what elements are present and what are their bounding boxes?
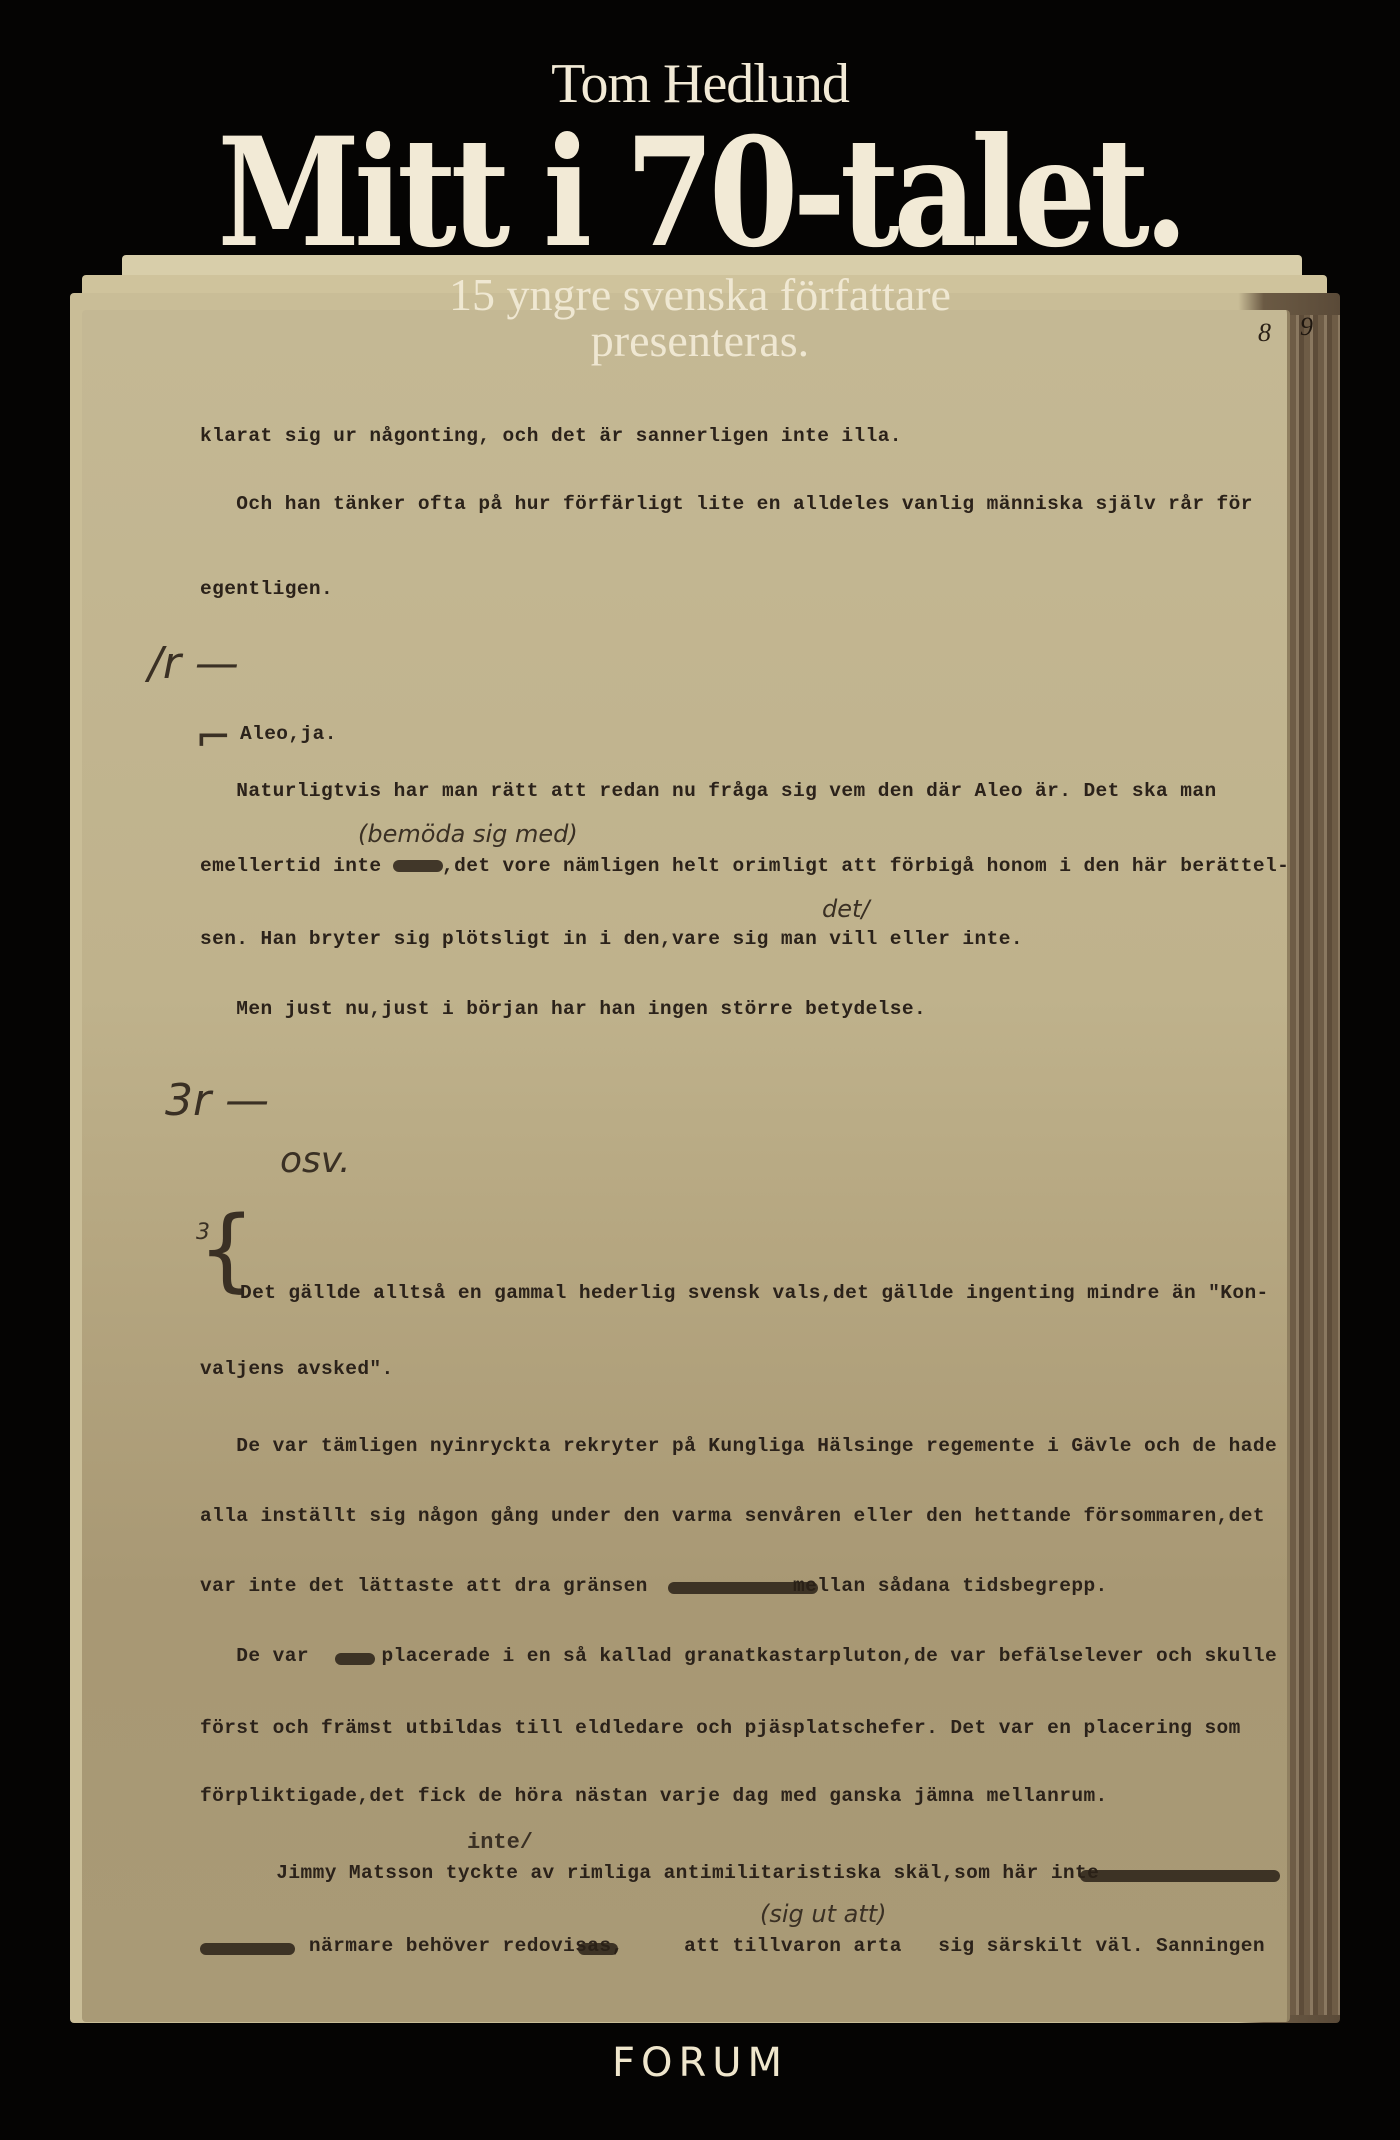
publisher-logo: FORUM [0, 2040, 1400, 2086]
book-title: Mitt i 70-talet. [98, 118, 1302, 268]
typed-line: alla inställt sig någon gång under den v… [200, 1505, 1265, 1527]
typed-line: Jimmy Matsson tyckte av rimliga antimili… [240, 1862, 1099, 1884]
strikeout-blot [668, 1582, 818, 1594]
typed-line: Men just nu,just i början har han ingen … [200, 998, 926, 1020]
typed-line: Det gällde alltså en gammal hederlig sve… [240, 1282, 1269, 1304]
strikeout-blot [200, 1943, 295, 1955]
subtitle-line-1: 15 yngre svenska författare [0, 272, 1400, 318]
typed-line: förpliktigade,det fick de höra nästan va… [200, 1785, 1108, 1807]
typed-line: sen. Han bryter sig plötsligt in i den,v… [200, 928, 1023, 950]
handwritten-mark: /r — [148, 638, 239, 689]
handwritten-note: osv. [280, 1140, 351, 1181]
typed-line: Naturligtvis har man rätt att redan nu f… [200, 780, 1217, 802]
subtitle-line-2: presenteras. [0, 318, 1400, 364]
top-sheet [82, 310, 1290, 2022]
strikeout-blot [1080, 1870, 1280, 1882]
typed-line: Och han tänker ofta på hur förfärligt li… [200, 493, 1253, 515]
handwritten-insert: (sig ut att) [760, 1900, 887, 1928]
typed-line: emellertid inte ,det vore nämligen helt … [200, 855, 1289, 877]
typed-insert: inte/ [467, 1830, 533, 1855]
typed-line: var inte det lättaste att dra gränsen me… [200, 1575, 1108, 1597]
strikeout-blot [335, 1653, 375, 1665]
typed-line: klarat sig ur någonting, och det är sann… [200, 425, 902, 447]
typed-line: valjens avsked". [200, 1358, 394, 1380]
typed-line: närmare behöver redovisas, att tillvaron… [200, 1935, 1265, 1957]
typed-line: De var tämligen nyinryckta rekryter på K… [200, 1435, 1277, 1457]
strikeout-blot [393, 860, 443, 872]
bracket-mark-icon: ⌐ [195, 712, 232, 763]
page-edges [1290, 315, 1340, 2015]
typed-line: egentligen. [200, 578, 333, 600]
handwritten-insert: det/ [822, 895, 870, 923]
handwritten-insert: (bemöda sig med) [358, 820, 578, 848]
typed-line: först och främst utbildas till eldledare… [200, 1717, 1241, 1739]
typed-line: Aleo,ja. [240, 723, 337, 745]
strikeout-blot [578, 1943, 618, 1955]
subtitle: 15 yngre svenska författare presenteras. [0, 272, 1400, 364]
manuscript-stack [62, 255, 1347, 2025]
handwritten-mark: 3r — [165, 1075, 269, 1126]
